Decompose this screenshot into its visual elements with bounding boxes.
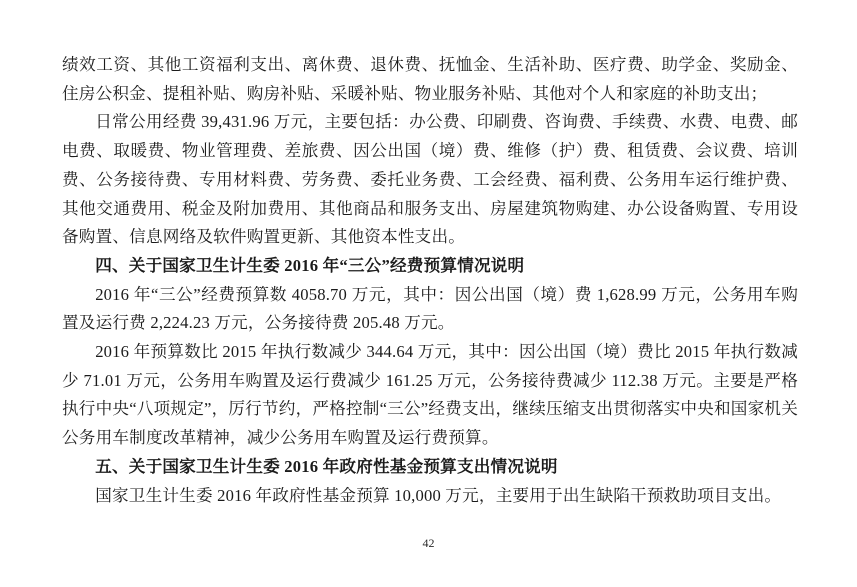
paragraph-sangong-budget-figures: 2016 年“三公”经费预算数 4058.70 万元，其中：因公出国（境）费 1… [62, 281, 798, 338]
paragraph-gov-fund-budget: 国家卫生计生委 2016 年政府性基金预算 10,000 万元，主要用于出生缺陷… [62, 482, 798, 511]
paragraph-daily-public-expenses: 日常公用经费 39,431.96 万元，主要包括：办公费、印刷费、咨询费、手续费… [62, 108, 798, 252]
page-number: 42 [0, 536, 857, 551]
document-body: 绩效工资、其他工资福利支出、离休费、退休费、抚恤金、生活补助、医疗费、助学金、奖… [62, 51, 798, 510]
section-heading-four-sangong-budget: 四、关于国家卫生计生委 2016 年“三公”经费预算情况说明 [62, 252, 798, 281]
section-heading-five-gov-fund-budget: 五、关于国家卫生计生委 2016 年政府性基金预算支出情况说明 [62, 453, 798, 482]
paragraph-personnel-subsidies-continuation: 绩效工资、其他工资福利支出、离休费、退休费、抚恤金、生活补助、医疗费、助学金、奖… [62, 51, 798, 108]
paragraph-sangong-year-comparison: 2016 年预算数比 2015 年执行数减少 344.64 万元，其中：因公出国… [62, 338, 798, 453]
document-page: 绩效工资、其他工资福利支出、离休费、退休费、抚恤金、生活补助、医疗费、助学金、奖… [0, 0, 857, 587]
